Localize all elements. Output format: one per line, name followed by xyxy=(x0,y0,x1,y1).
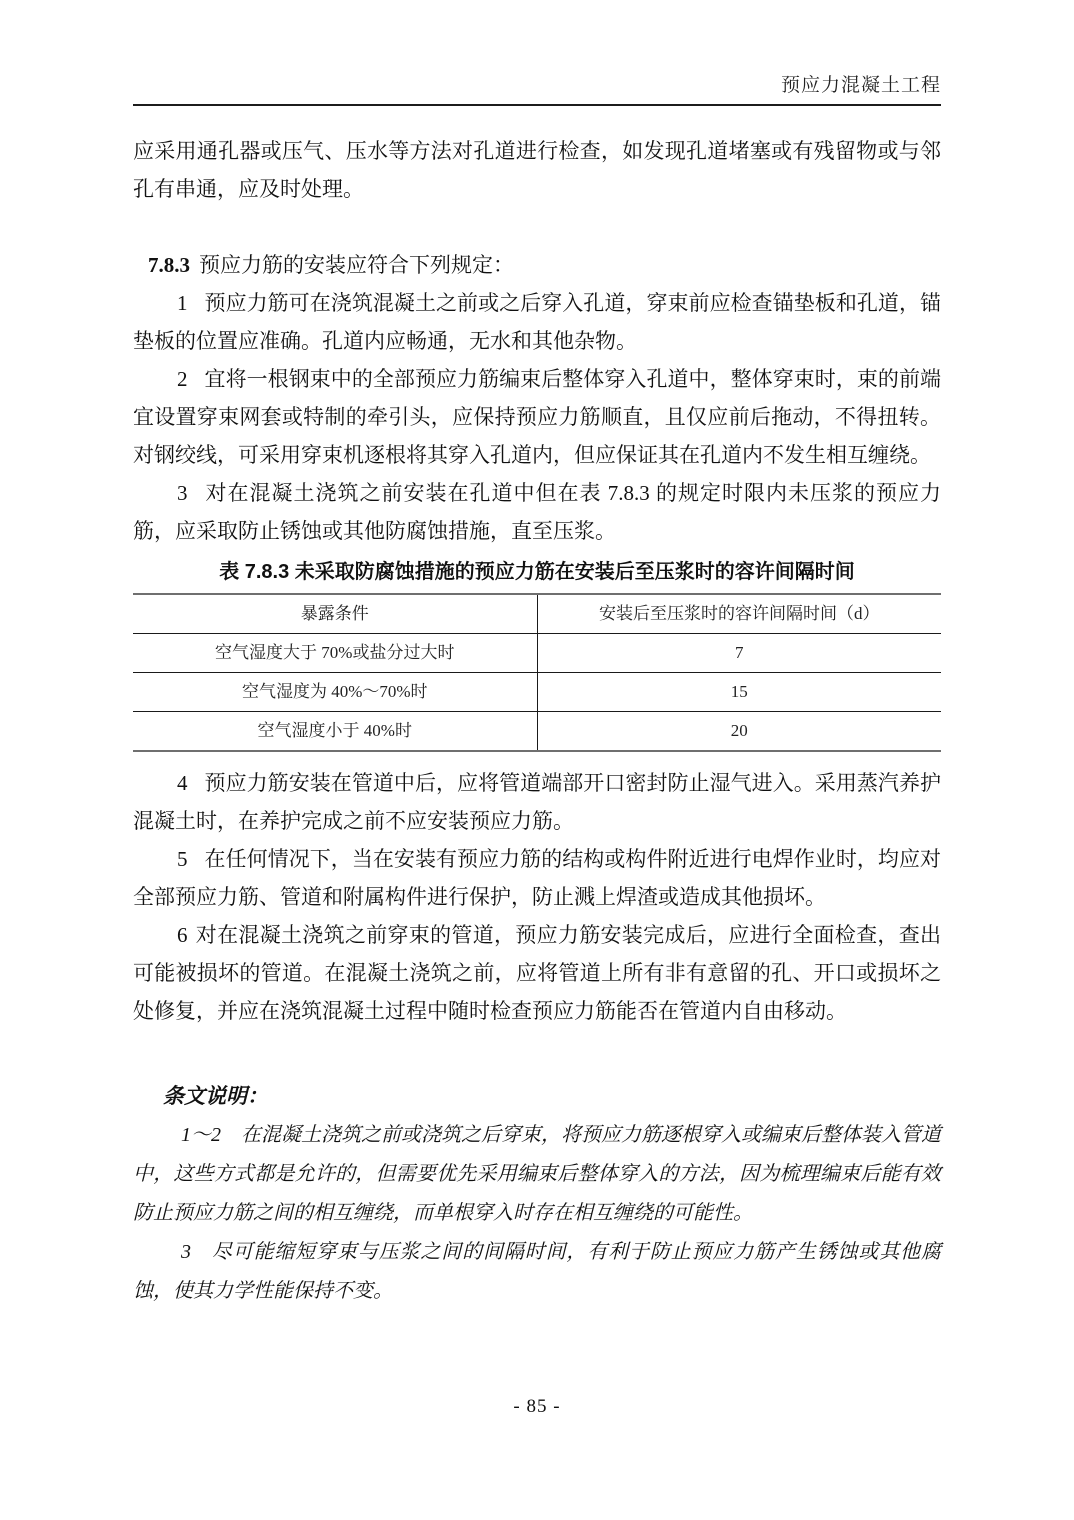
clause-item-5: 5在任何情况下，当在安装有预应力筋的结构或构件附近进行电焊作业时，均应对全部预应… xyxy=(133,840,941,916)
item-text: 预应力筋可在浇筑混凝土之前或之后穿入孔道，穿束前应检查锚垫板和孔道，锚垫板的位置… xyxy=(133,291,941,353)
clause-item-4: 4预应力筋安装在管道中后，应将管道端部开口密封防止湿气进入。采用蒸汽养护混凝土时… xyxy=(133,764,941,840)
item-number: 1 xyxy=(177,291,205,315)
clause-text: 预应力筋的安装应符合下列规定： xyxy=(199,253,514,277)
cell-condition: 空气湿度为 40%～70%时 xyxy=(133,673,537,712)
column-header-interval-days: 安装后至压浆时的容许间隔时间（d） xyxy=(537,594,941,634)
commentary-section: 条文说明： 1～2在混凝土浇筑之前或浇筑之后穿束，将预应力筋逐根穿入或编束后整体… xyxy=(133,1076,941,1311)
running-header-title: 预应力混凝土工程 xyxy=(781,75,941,96)
running-header: 预应力混凝土工程 xyxy=(133,70,941,106)
cell-days: 15 xyxy=(537,673,941,712)
item-number: 6 xyxy=(177,923,196,947)
item-number: 1～2 xyxy=(181,1124,241,1146)
interval-time-table: 暴露条件 安装后至压浆时的容许间隔时间（d） 空气湿度大于 70%或盐分过大时 … xyxy=(133,593,941,752)
clause-7-8-3: 7.8.3预应力筋的安装应符合下列规定： xyxy=(133,246,941,284)
item-text: 在任何情况下，当在安装有预应力筋的结构或构件附近进行电焊作业时，均应对全部预应力… xyxy=(133,847,941,909)
item-text: 预应力筋安装在管道中后，应将管道端部开口密封防止湿气进入。采用蒸汽养护混凝土时，… xyxy=(133,771,941,833)
cell-days: 20 xyxy=(537,712,941,752)
page-number: - 85 - xyxy=(0,1396,1074,1418)
item-text: 在混凝土浇筑之前或浇筑之后穿束，将预应力筋逐根穿入或编束后整体装入管道中，这些方… xyxy=(133,1124,941,1224)
clause-item-1: 1预应力筋可在浇筑混凝土之前或之后穿入孔道，穿束前应检查锚垫板和孔道，锚垫板的位… xyxy=(133,284,941,360)
document-body: 应采用通孔器或压气、压水等方法对孔道进行检查，如发现孔道堵塞或有残留物或与邻孔有… xyxy=(133,132,941,1311)
intro-paragraph: 应采用通孔器或压气、压水等方法对孔道进行检查，如发现孔道堵塞或有残留物或与邻孔有… xyxy=(133,132,941,208)
table-caption: 表 7.8.3 未采取防腐蚀措施的预应力筋在安装后至压浆时的容许间隔时间 xyxy=(133,559,941,586)
item-text: 对在混凝土浇筑之前穿束的管道，预应力筋安装完成后，应进行全面检查，查出可能被损坏… xyxy=(133,923,941,1023)
item-text: 尽可能缩短穿束与压浆之间的间隔时间，有利于防止预应力筋产生锈蚀或其他腐蚀，使其力… xyxy=(133,1241,941,1302)
item-number: 3 xyxy=(177,481,205,505)
commentary-title: 条文说明： xyxy=(133,1076,941,1116)
clause-item-3: 3对在混凝土浇筑之前安装在孔道中但在表 7.8.3 的规定时限内未压浆的预应力筋… xyxy=(133,474,941,550)
table-row: 空气湿度小于 40%时 20 xyxy=(133,712,941,752)
cell-condition: 空气湿度大于 70%或盐分过大时 xyxy=(133,634,537,673)
item-number: 2 xyxy=(177,367,205,391)
table-header-row: 暴露条件 安装后至压浆时的容许间隔时间（d） xyxy=(133,594,941,634)
table-body: 空气湿度大于 70%或盐分过大时 7 空气湿度为 40%～70%时 15 空气湿… xyxy=(133,634,941,752)
cell-days: 7 xyxy=(537,634,941,673)
table-row: 空气湿度大于 70%或盐分过大时 7 xyxy=(133,634,941,673)
item-number: 5 xyxy=(177,847,205,871)
item-number: 4 xyxy=(177,771,205,795)
clause-item-2: 2宜将一根钢束中的全部预应力筋编束后整体穿入孔道中，整体穿束时，束的前端宜设置穿… xyxy=(133,360,941,474)
document-page: 预应力混凝土工程 应采用通孔器或压气、压水等方法对孔道进行检查，如发现孔道堵塞或… xyxy=(0,0,1074,1520)
column-header-exposure-condition: 暴露条件 xyxy=(133,594,537,634)
commentary-item-1-2: 1～2在混凝土浇筑之前或浇筑之后穿束，将预应力筋逐根穿入或编束后整体装入管道中，… xyxy=(133,1116,941,1233)
clause-number: 7.8.3 xyxy=(148,253,199,277)
item-text: 对在混凝土浇筑之前安装在孔道中但在表 7.8.3 的规定时限内未压浆的预应力筋，… xyxy=(133,481,941,543)
table-head: 暴露条件 安装后至压浆时的容许间隔时间（d） xyxy=(133,594,941,634)
item-text: 宜将一根钢束中的全部预应力筋编束后整体穿入孔道中，整体穿束时，束的前端宜设置穿束… xyxy=(133,367,941,467)
commentary-item-3: 3尽可能缩短穿束与压浆之间的间隔时间，有利于防止预应力筋产生锈蚀或其他腐蚀，使其… xyxy=(133,1233,941,1311)
item-number: 3 xyxy=(181,1241,211,1263)
clause-item-6: 6对在混凝土浇筑之前穿束的管道，预应力筋安装完成后，应进行全面检查，查出可能被损… xyxy=(133,916,941,1030)
table-row: 空气湿度为 40%～70%时 15 xyxy=(133,673,941,712)
cell-condition: 空气湿度小于 40%时 xyxy=(133,712,537,752)
